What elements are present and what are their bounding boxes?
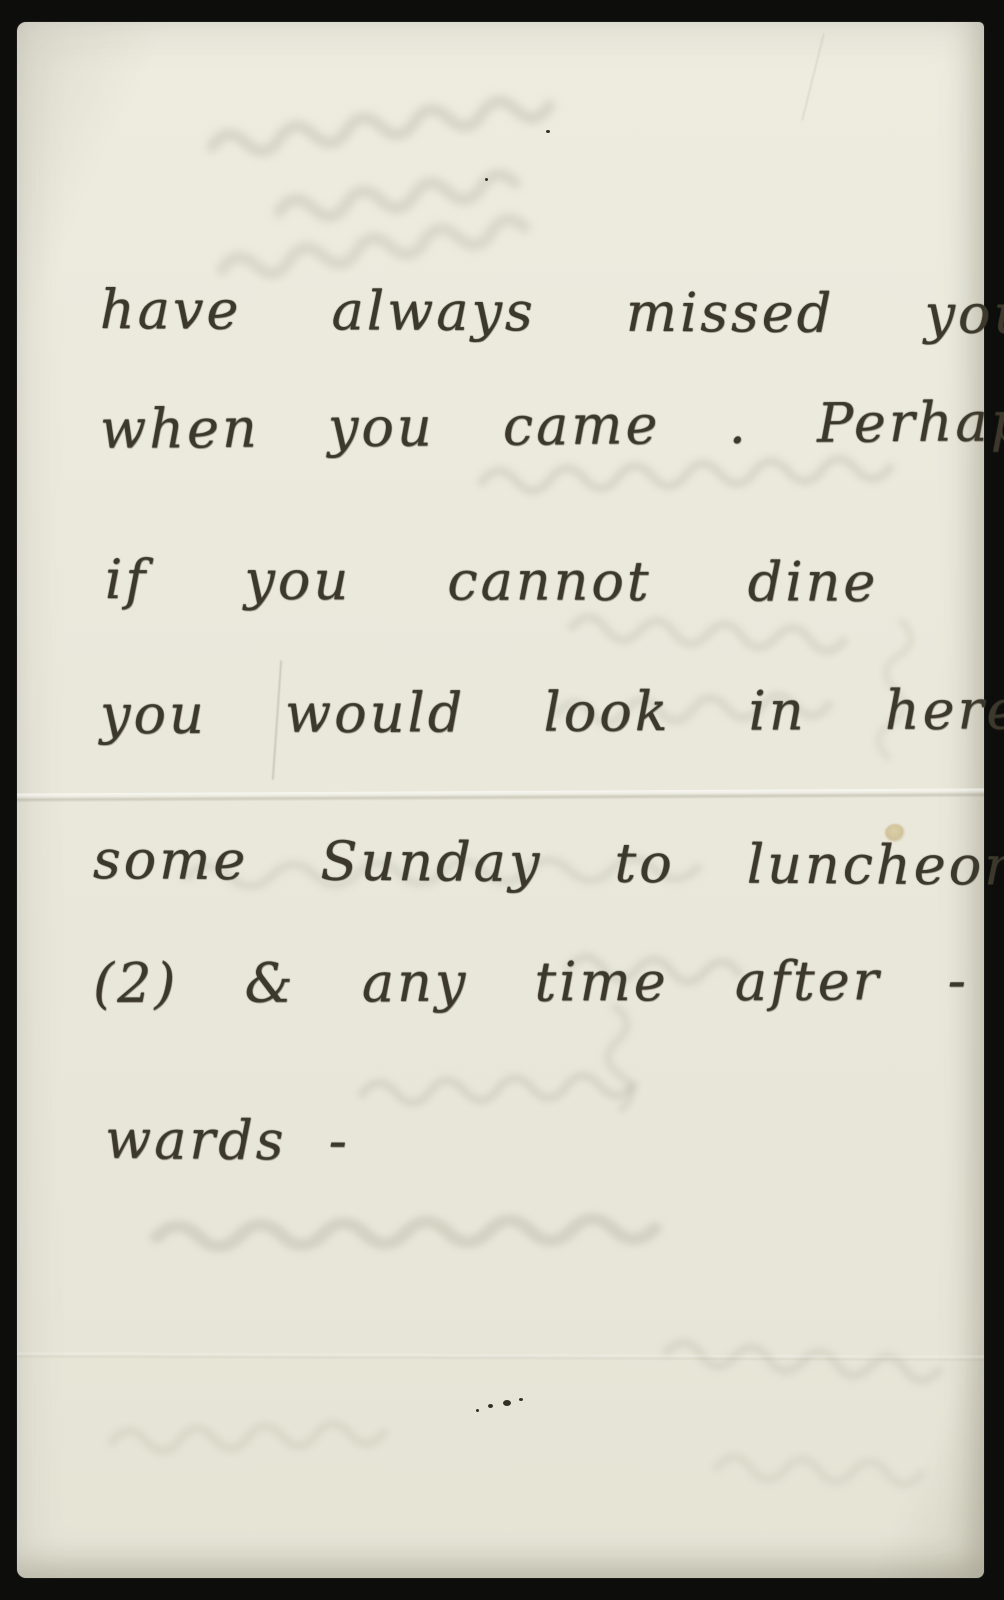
paper-scratch xyxy=(801,33,825,121)
ink-speck xyxy=(546,130,550,133)
fold-crease xyxy=(17,788,984,802)
letter-page: have always missed you when you came . P… xyxy=(17,22,984,1578)
ink-speck xyxy=(485,178,488,181)
ink-speck xyxy=(519,1398,523,1401)
fold-crease-minor xyxy=(17,1352,984,1361)
handwriting-line: when you came . Perhaps xyxy=(100,392,1004,460)
handwriting-line: have always missed you xyxy=(100,280,1004,344)
ink-speck xyxy=(476,1409,479,1412)
scanned-letter-photo: have always missed you when you came . P… xyxy=(0,0,1004,1600)
ink-speck xyxy=(503,1400,511,1406)
ink-speck xyxy=(488,1404,493,1408)
handwriting-line: (2) & any time after - xyxy=(93,951,969,1013)
handwriting-line: wards - xyxy=(105,1110,350,1171)
handwriting-line: you would look in here xyxy=(100,680,1004,744)
letterhead-showthrough xyxy=(211,95,551,280)
paper-stain-spot xyxy=(885,824,905,842)
handwriting-line: some Sunday to luncheon xyxy=(93,830,1004,896)
handwriting-line: if you cannot dine xyxy=(105,550,879,612)
